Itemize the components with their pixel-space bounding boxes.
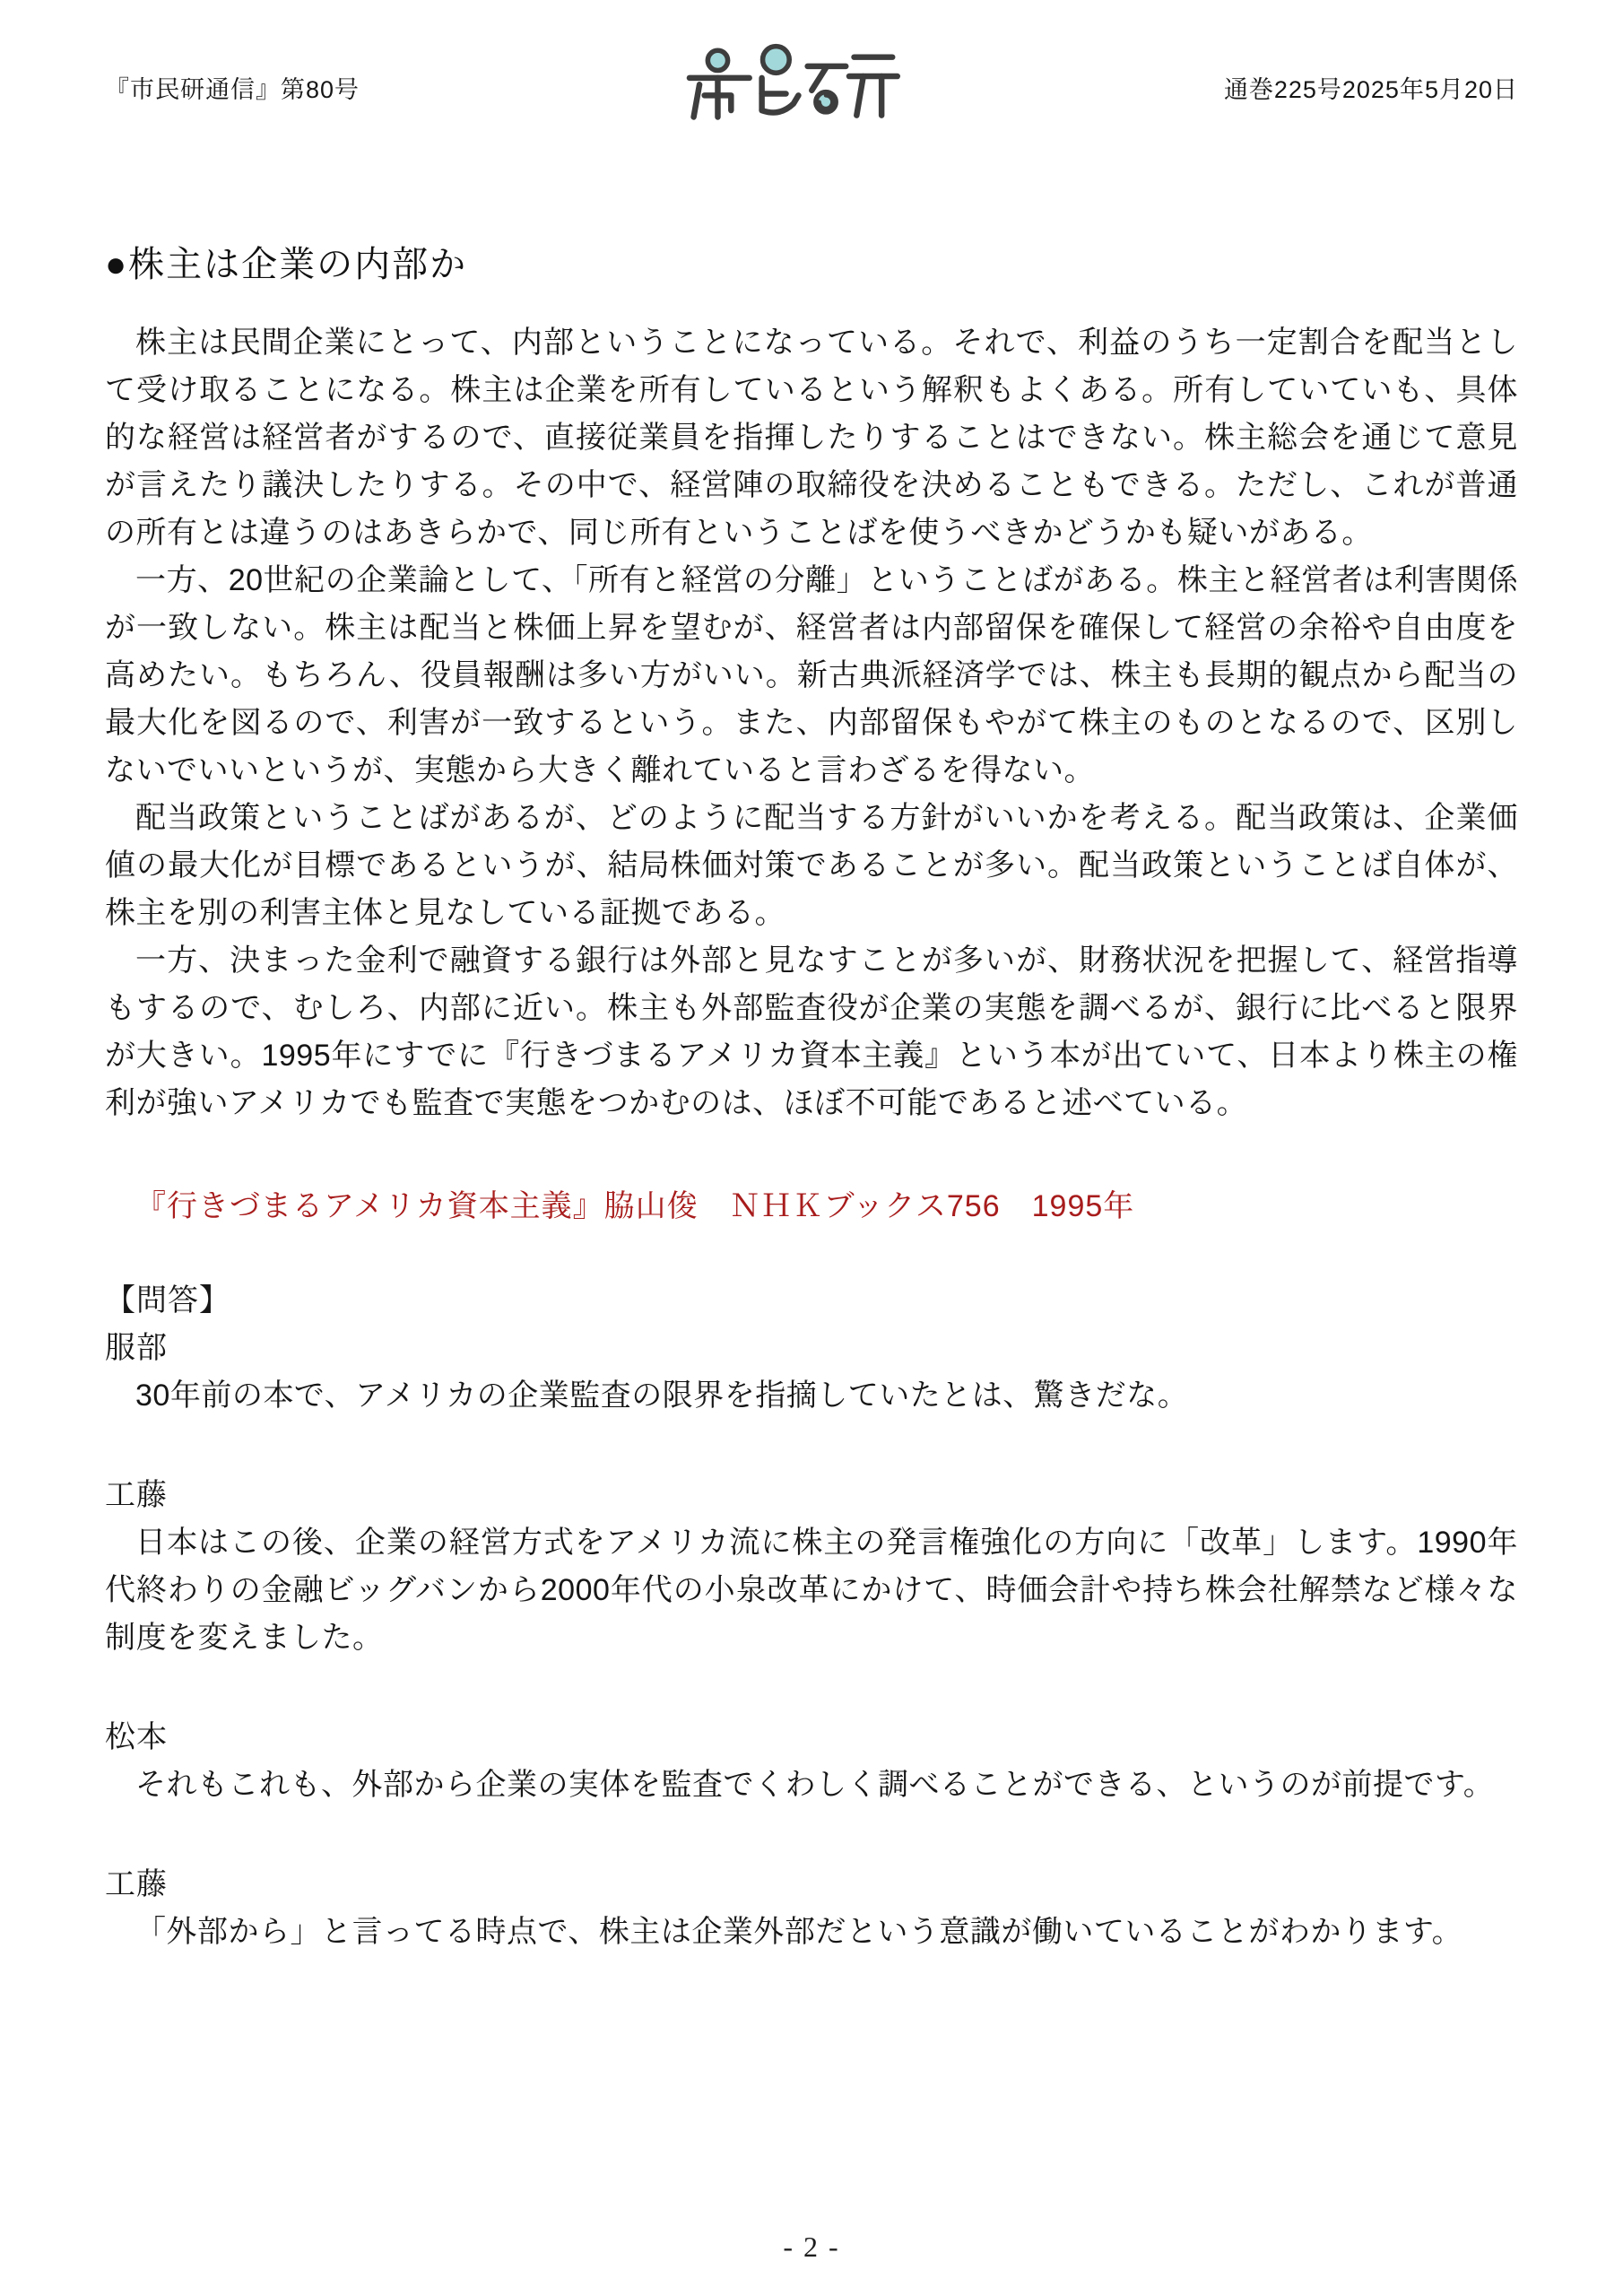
speaker-statement: 「外部から」と言ってる時点で、株主は企業外部だという意識が働いていることがわかり… [105,1909,1518,1956]
shiminken-logo [680,42,904,134]
paragraph-4: 一方、決まった金利で融資する銀行は外部と見なすことが多いが、財務状況を把握して、… [105,937,1518,1127]
speaker-statement: 30年前の本で、アメリカの企業監査の限界を指摘していたとは、驚きだな。 [105,1372,1518,1420]
qa-heading: 【問答】 [105,1277,1518,1325]
newsletter-title: 『市民研通信』第80号 [105,70,360,105]
qa-entry-kudo-1: 工藤 日本はこの後、企業の経営方式をアメリカ流に株主の発言権強化の方向に「改革」… [105,1472,1518,1662]
book-citation: 『行きづまるアメリカ資本主義』脇山俊 ＮＨＫブックス756 1995年 [105,1183,1518,1231]
qa-entry-matsumoto: 松本 それもこれも、外部から企業の実体を監査でくわしく調べることができる、という… [105,1714,1518,1809]
speaker-statement: それもこれも、外部から企業の実体を監査でくわしく調べることができる、というのが前… [105,1761,1518,1809]
issue-number-date: 通巻225号2025年5月20日 [1224,70,1518,105]
paragraph-2: 一方、20世紀の企業論として、「所有と経営の分離」ということばがある。株主と経営… [105,557,1518,795]
page-footer: - 2 - [0,2231,1623,2264]
section-heading: ●株主は企業の内部か [105,236,1518,287]
paragraph-3: 配当政策ということばがあるが、どのように配当する方針がいいかを考える。配当政策は… [105,795,1518,937]
speaker-statement: 日本はこの後、企業の経営方式をアメリカ流に株主の発言権強化の方向に「改革」します… [105,1519,1518,1662]
speaker-name: 服部 [105,1325,1518,1372]
article-body: ●株主は企業の内部か 株主は民間企業にとって、内部ということになっている。それで… [105,236,1518,1956]
speaker-name: 工藤 [105,1472,1518,1519]
qa-entry-hattori: 服部 30年前の本で、アメリカの企業監査の限界を指摘していたとは、驚きだな。 [105,1325,1518,1420]
qa-entry-kudo-2: 工藤 「外部から」と言ってる時点で、株主は企業外部だという意識が働いていることが… [105,1861,1518,1956]
article-paragraphs: 株主は民間企業にとって、内部ということになっている。それで、利益のうち一定割合を… [105,319,1518,1127]
speaker-name: 松本 [105,1714,1518,1761]
qa-section: 【問答】 服部 30年前の本で、アメリカの企業監査の限界を指摘していたとは、驚き… [105,1277,1518,1956]
shiminken-logo-icon [680,42,904,134]
paragraph-1: 株主は民間企業にとって、内部ということになっている。それで、利益のうち一定割合を… [105,319,1518,557]
speaker-name: 工藤 [105,1861,1518,1909]
page-header: 『市民研通信』第80号 [105,40,1518,135]
document-page: 『市民研通信』第80号 [0,0,1623,2296]
page-number: - 2 - [0,2231,1623,2264]
